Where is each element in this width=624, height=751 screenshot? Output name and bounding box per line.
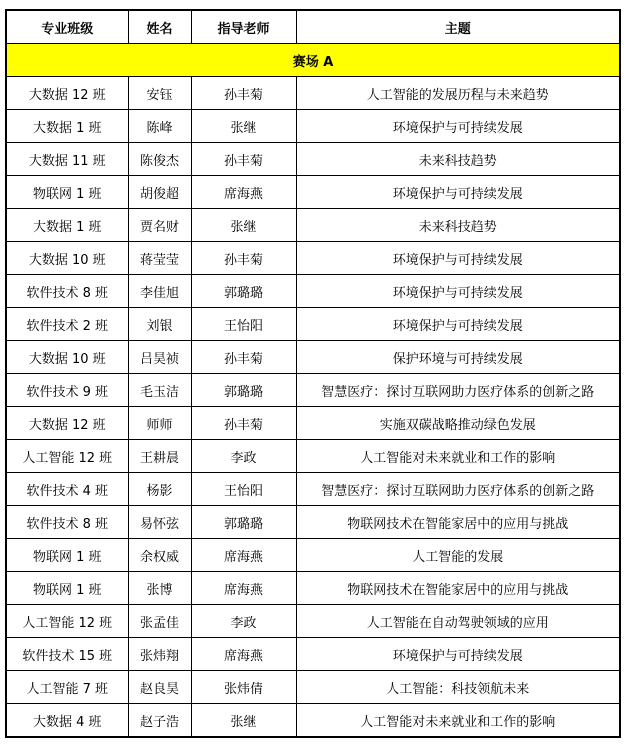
column-header-class: 专业班级 (6, 10, 128, 44)
topic-cell: 智慧医疗：探讨互联网助力医疗体系的创新之路 (296, 374, 620, 407)
class-cell: 人工智能 7 班 (6, 671, 128, 704)
name-cell: 胡俊超 (128, 176, 191, 209)
name-cell: 陈峰 (128, 110, 191, 143)
teacher-cell: 席海燕 (191, 539, 296, 572)
name-cell: 安钰 (128, 77, 191, 110)
column-header-topic: 主题 (296, 10, 620, 44)
teacher-cell: 张继 (191, 704, 296, 738)
name-cell: 吕昊祯 (128, 341, 191, 374)
topic-cell: 人工智能对未来就业和工作的影响 (296, 440, 620, 473)
name-cell: 赵良昊 (128, 671, 191, 704)
table-row: 物联网 1 班张博席海燕物联网技术在智能家居中的应用与挑战 (6, 572, 620, 605)
name-cell: 余权威 (128, 539, 191, 572)
class-cell: 大数据 12 班 (6, 77, 128, 110)
table-row: 大数据 11 班陈俊杰孙丰菊未来科技趋势 (6, 143, 620, 176)
page: 专业班级 姓名 指导老师 主题 赛场 A 大数据 12 班安钰孙丰菊人工智能的发… (0, 0, 624, 751)
section-row: 赛场 A (6, 44, 620, 77)
section-label: 赛场 A (6, 44, 620, 77)
topic-cell: 未来科技趋势 (296, 143, 620, 176)
topic-cell: 人工智能的发展 (296, 539, 620, 572)
class-cell: 人工智能 12 班 (6, 440, 128, 473)
table-row: 软件技术 8 班李佳旭郭璐璐环境保护与可持续发展 (6, 275, 620, 308)
topic-cell: 物联网技术在智能家居中的应用与挑战 (296, 506, 620, 539)
table-row: 大数据 12 班安钰孙丰菊人工智能的发展历程与未来趋势 (6, 77, 620, 110)
name-cell: 刘银 (128, 308, 191, 341)
topic-cell: 人工智能在自动驾驶领域的应用 (296, 605, 620, 638)
teacher-cell: 郭璐璐 (191, 275, 296, 308)
table-row: 物联网 1 班余权威席海燕人工智能的发展 (6, 539, 620, 572)
teacher-cell: 席海燕 (191, 176, 296, 209)
name-cell: 杨影 (128, 473, 191, 506)
topic-cell: 人工智能的发展历程与未来趋势 (296, 77, 620, 110)
teacher-cell: 张炜倩 (191, 671, 296, 704)
table-row: 大数据 1 班贾名财张继未来科技趋势 (6, 209, 620, 242)
teacher-cell: 席海燕 (191, 572, 296, 605)
class-cell: 软件技术 8 班 (6, 506, 128, 539)
table-row: 大数据 4 班赵子浩张继人工智能对未来就业和工作的影响 (6, 704, 620, 738)
topic-cell: 环境保护与可持续发展 (296, 242, 620, 275)
table-row: 软件技术 9 班毛玉洁郭璐璐智慧医疗：探讨互联网助力医疗体系的创新之路 (6, 374, 620, 407)
name-cell: 李佳旭 (128, 275, 191, 308)
table-row: 软件技术 15 班张炜翔席海燕环境保护与可持续发展 (6, 638, 620, 671)
name-cell: 陈俊杰 (128, 143, 191, 176)
topic-cell: 实施双碳战略推动绿色发展 (296, 407, 620, 440)
table-row: 物联网 1 班胡俊超席海燕环境保护与可持续发展 (6, 176, 620, 209)
class-cell: 大数据 4 班 (6, 704, 128, 738)
teacher-cell: 孙丰菊 (191, 242, 296, 275)
teacher-cell: 张继 (191, 209, 296, 242)
topic-cell: 环境保护与可持续发展 (296, 275, 620, 308)
column-header-teacher: 指导老师 (191, 10, 296, 44)
table-row: 大数据 12 班师师孙丰菊实施双碳战略推动绿色发展 (6, 407, 620, 440)
class-cell: 大数据 1 班 (6, 110, 128, 143)
class-cell: 软件技术 9 班 (6, 374, 128, 407)
header-row: 专业班级 姓名 指导老师 主题 (6, 10, 620, 44)
name-cell: 张孟佳 (128, 605, 191, 638)
name-cell: 贾名财 (128, 209, 191, 242)
teacher-cell: 孙丰菊 (191, 341, 296, 374)
class-cell: 软件技术 15 班 (6, 638, 128, 671)
name-cell: 张炜翔 (128, 638, 191, 671)
name-cell: 易怀弦 (128, 506, 191, 539)
class-cell: 大数据 1 班 (6, 209, 128, 242)
table-row: 大数据 10 班吕昊祯孙丰菊保护环境与可持续发展 (6, 341, 620, 374)
teacher-cell: 孙丰菊 (191, 407, 296, 440)
competition-schedule-table: 专业班级 姓名 指导老师 主题 赛场 A 大数据 12 班安钰孙丰菊人工智能的发… (5, 9, 621, 738)
teacher-cell: 孙丰菊 (191, 77, 296, 110)
table-row: 软件技术 2 班刘银王怡阳环境保护与可持续发展 (6, 308, 620, 341)
class-cell: 物联网 1 班 (6, 176, 128, 209)
name-cell: 张博 (128, 572, 191, 605)
table-row: 软件技术 8 班易怀弦郭璐璐物联网技术在智能家居中的应用与挑战 (6, 506, 620, 539)
topic-cell: 人工智能对未来就业和工作的影响 (296, 704, 620, 738)
teacher-cell: 席海燕 (191, 638, 296, 671)
class-cell: 人工智能 12 班 (6, 605, 128, 638)
teacher-cell: 李政 (191, 605, 296, 638)
teacher-cell: 郭璐璐 (191, 506, 296, 539)
name-cell: 师师 (128, 407, 191, 440)
name-cell: 王耕晨 (128, 440, 191, 473)
class-cell: 物联网 1 班 (6, 572, 128, 605)
class-cell: 大数据 10 班 (6, 242, 128, 275)
class-cell: 软件技术 4 班 (6, 473, 128, 506)
table-row: 大数据 1 班陈峰张继环境保护与可持续发展 (6, 110, 620, 143)
teacher-cell: 李政 (191, 440, 296, 473)
class-cell: 大数据 12 班 (6, 407, 128, 440)
name-cell: 蒋莹莹 (128, 242, 191, 275)
topic-cell: 智慧医疗：探讨互联网助力医疗体系的创新之路 (296, 473, 620, 506)
class-cell: 物联网 1 班 (6, 539, 128, 572)
teacher-cell: 王怡阳 (191, 308, 296, 341)
topic-cell: 未来科技趋势 (296, 209, 620, 242)
table-row: 大数据 10 班蒋莹莹孙丰菊环境保护与可持续发展 (6, 242, 620, 275)
topic-cell: 保护环境与可持续发展 (296, 341, 620, 374)
topic-cell: 环境保护与可持续发展 (296, 638, 620, 671)
column-header-name: 姓名 (128, 10, 191, 44)
name-cell: 毛玉洁 (128, 374, 191, 407)
name-cell: 赵子浩 (128, 704, 191, 738)
teacher-cell: 张继 (191, 110, 296, 143)
class-cell: 大数据 11 班 (6, 143, 128, 176)
table-row: 人工智能 12 班王耕晨李政人工智能对未来就业和工作的影响 (6, 440, 620, 473)
topic-cell: 物联网技术在智能家居中的应用与挑战 (296, 572, 620, 605)
class-cell: 大数据 10 班 (6, 341, 128, 374)
topic-cell: 环境保护与可持续发展 (296, 176, 620, 209)
class-cell: 软件技术 8 班 (6, 275, 128, 308)
topic-cell: 人工智能：科技领航未来 (296, 671, 620, 704)
teacher-cell: 孙丰菊 (191, 143, 296, 176)
teacher-cell: 王怡阳 (191, 473, 296, 506)
table-row: 人工智能 12 班张孟佳李政人工智能在自动驾驶领域的应用 (6, 605, 620, 638)
teacher-cell: 郭璐璐 (191, 374, 296, 407)
topic-cell: 环境保护与可持续发展 (296, 110, 620, 143)
table-row: 人工智能 7 班赵良昊张炜倩人工智能：科技领航未来 (6, 671, 620, 704)
topic-cell: 环境保护与可持续发展 (296, 308, 620, 341)
table-row: 软件技术 4 班杨影王怡阳智慧医疗：探讨互联网助力医疗体系的创新之路 (6, 473, 620, 506)
class-cell: 软件技术 2 班 (6, 308, 128, 341)
